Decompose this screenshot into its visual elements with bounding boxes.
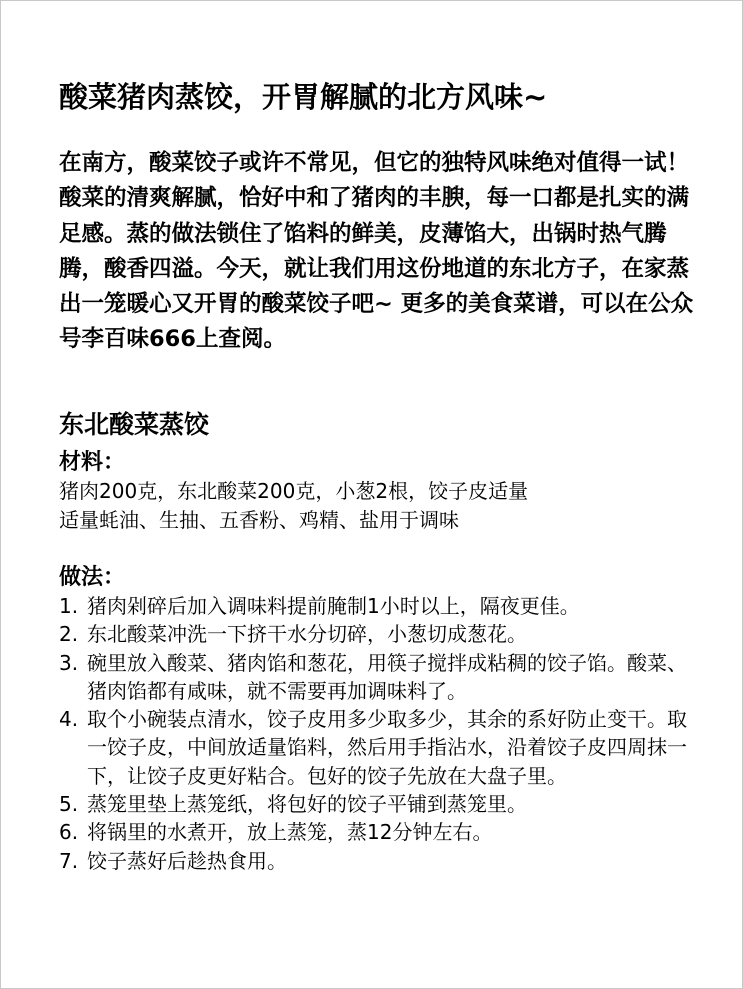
ingredients-label: 材料： bbox=[59, 448, 125, 478]
step-text: 猪肉剁碎后加入调味料提前腌制1小时以上，隔夜更佳。 bbox=[87, 594, 580, 618]
step-number: 1. bbox=[59, 592, 78, 620]
article-title: 酸菜猪肉蒸饺，开胃解腻的北方风味~ bbox=[59, 77, 719, 117]
recipe-title: 东北酸菜蒸饺 bbox=[59, 407, 209, 443]
step-item: 5.蒸笼里垫上蒸笼纸，将包好的饺子平铺到蒸笼里。 bbox=[59, 790, 699, 818]
step-text: 蒸笼里垫上蒸笼纸，将包好的饺子平铺到蒸笼里。 bbox=[87, 792, 527, 816]
method-label: 做法： bbox=[59, 563, 125, 593]
step-item: 4.取个小碗装点清水，饺子皮用多少取多少，其余的系好防止变干。取一饺子皮，中间放… bbox=[59, 705, 699, 790]
step-text: 将锅里的水煮开，放上蒸笼，蒸12分钟左右。 bbox=[87, 820, 492, 844]
step-number: 2. bbox=[59, 620, 78, 648]
step-item: 6.将锅里的水煮开，放上蒸笼，蒸12分钟左右。 bbox=[59, 818, 699, 846]
intro-paragraph: 在南方，酸菜饺子或许不常见，但它的独特风味绝对值得一试！酸菜的清爽解腻，恰好中和… bbox=[59, 146, 699, 358]
ingredients-list: 猪肉200克，东北酸菜200克，小葱2根，饺子皮适量 适量蚝油、生抽、五香粉、鸡… bbox=[59, 477, 699, 535]
step-item: 7.饺子蒸好后趁热食用。 bbox=[59, 847, 699, 875]
ingredients-line: 适量蚝油、生抽、五香粉、鸡精、盐用于调味 bbox=[59, 506, 699, 535]
step-number: 7. bbox=[59, 847, 78, 875]
ingredients-line: 猪肉200克，东北酸菜200克，小葱2根，饺子皮适量 bbox=[59, 477, 699, 506]
step-number: 6. bbox=[59, 818, 78, 846]
step-text: 东北酸菜冲洗一下挤干水分切碎，小葱切成葱花。 bbox=[87, 622, 527, 646]
step-item: 2.东北酸菜冲洗一下挤干水分切碎，小葱切成葱花。 bbox=[59, 620, 699, 648]
step-text: 饺子蒸好后趁热食用。 bbox=[87, 849, 287, 873]
step-number: 3. bbox=[59, 649, 78, 677]
page-frame: 酸菜猪肉蒸饺，开胃解腻的北方风味~ 在南方，酸菜饺子或许不常见，但它的独特风味绝… bbox=[0, 0, 743, 989]
step-number: 5. bbox=[59, 790, 78, 818]
step-number: 4. bbox=[59, 705, 78, 733]
step-text: 碗里放入酸菜、猪肉馅和葱花，用筷子搅拌成粘稠的饺子馅。酸菜、猪肉馅都有咸味，就不… bbox=[87, 651, 687, 703]
step-text: 取个小碗装点清水，饺子皮用多少取多少，其余的系好防止变干。取一饺子皮，中间放适量… bbox=[87, 707, 687, 788]
steps-list: 1.猪肉剁碎后加入调味料提前腌制1小时以上，隔夜更佳。 2.东北酸菜冲洗一下挤干… bbox=[59, 592, 699, 875]
step-item: 1.猪肉剁碎后加入调味料提前腌制1小时以上，隔夜更佳。 bbox=[59, 592, 699, 620]
step-item: 3.碗里放入酸菜、猪肉馅和葱花，用筷子搅拌成粘稠的饺子馅。酸菜、猪肉馅都有咸味，… bbox=[59, 649, 699, 706]
